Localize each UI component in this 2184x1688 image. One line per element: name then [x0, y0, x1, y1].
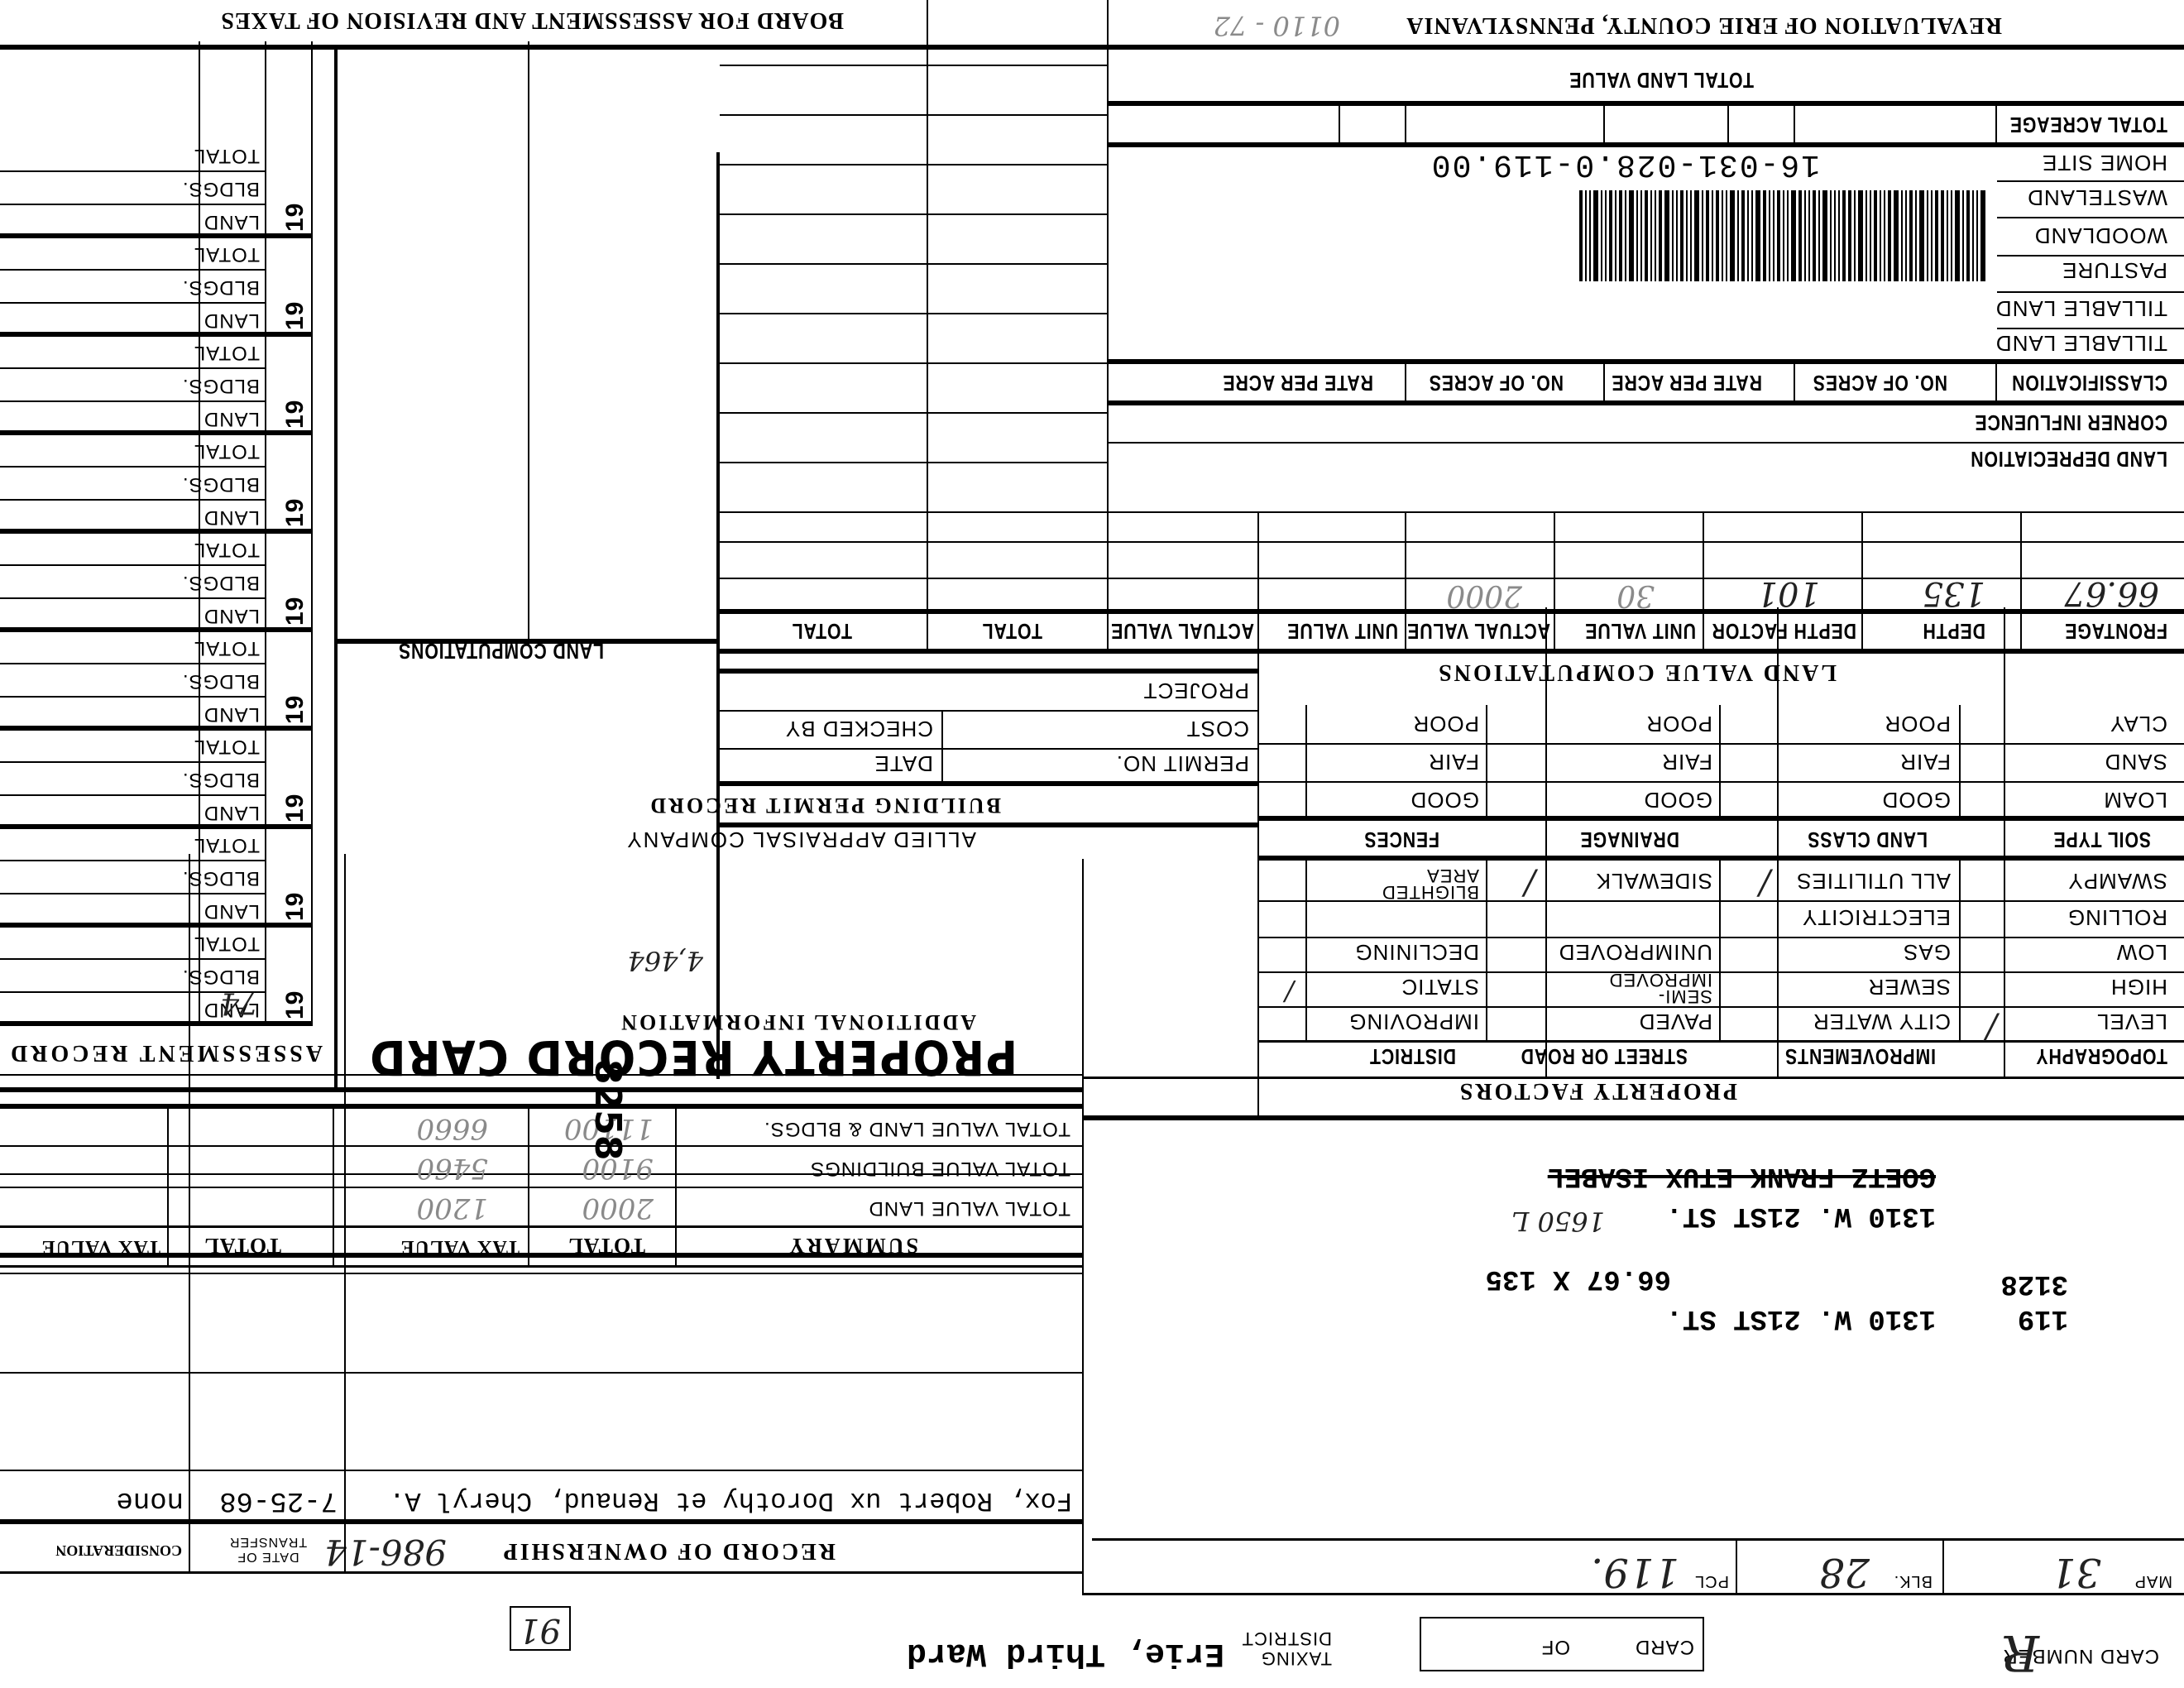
assessment-label-total: TOTAL	[194, 833, 260, 856]
col-total-2: TOTAL	[792, 618, 852, 644]
assessment-label-bldgs: BLDGS.	[182, 472, 260, 496]
blk-label: BLK.	[1894, 1571, 1933, 1590]
assessment-label-total: TOTAL	[194, 538, 260, 561]
map-value: 31	[2051, 1549, 2101, 1595]
ownership-title: RECORD OF OWNERSHIP	[501, 1537, 836, 1564]
barcode-icon	[1456, 190, 1985, 281]
summary-col-tax-value-2: TAX VALUE	[41, 1235, 160, 1258]
year-prefix: 19	[281, 794, 309, 822]
assessment-label-land: LAND	[204, 506, 260, 529]
assessment-label-total: TOTAL	[194, 144, 260, 167]
summary-title: SUMMARY	[787, 1233, 918, 1258]
assessment-record-title: ASSESSMENT RECORD	[7, 1039, 323, 1066]
assessment-label-total: TOTAL	[194, 439, 260, 463]
summary-col-total-2: TOTAL	[204, 1233, 281, 1258]
stamp-number: 8258	[591, 1059, 624, 1101]
assessment-label-land: LAND	[204, 210, 260, 233]
header-soil-type: SOIL TYPE	[2053, 827, 2151, 852]
assessment-label-bldgs: BLDGS.	[182, 571, 260, 594]
address-parcel-number: 119	[2018, 1302, 2068, 1334]
col-depth-factor: DEPTH FACTOR	[1712, 618, 1856, 644]
of-label: OF	[1541, 1635, 1570, 1658]
check-level: /	[1986, 1008, 1997, 1046]
assessment-label-land: LAND	[204, 899, 260, 923]
total-acreage-label: TOTAL ACREAGE	[2009, 112, 2167, 137]
year-prefix: 19	[281, 498, 309, 527]
property-record-card: CARD NUMBER R CARD OF TAXING DISTRICT Er…	[0, 0, 2184, 1688]
taxing-district-value: Erie, Third Ward	[907, 1634, 1224, 1671]
board-title: BOARD FOR ASSESSMENT AND REVISION OF TAX…	[220, 7, 844, 33]
header-district: DISTRICT	[1369, 1043, 1456, 1069]
col-unit-value-2: UNIT VALUE	[1286, 618, 1398, 644]
assessment-label-land: LAND	[204, 801, 260, 824]
check-sidewalk: /	[1525, 864, 1535, 902]
col-unit-value: UNIT VALUE	[1584, 618, 1696, 644]
year-prefix: 19	[281, 597, 309, 626]
permit-no-label: PERMIT NO.	[1116, 750, 1249, 776]
struck-owner-name: GOETZ FRANK ETUX ISABEL	[1548, 1160, 1936, 1192]
assessment-label-bldgs: BLDGS.	[182, 965, 260, 988]
corner-influence-label: CORNER INFLUENCE	[1975, 410, 2167, 435]
assessment-label-total: TOTAL	[194, 242, 260, 266]
assessment-label-land: LAND	[204, 703, 260, 726]
header-drainage: DRAINAGE	[1580, 827, 1679, 852]
card-of-box: CARD OF	[1420, 1617, 1704, 1671]
depth-factor-value: 101	[1757, 574, 1820, 612]
col-actual-value: ACTUAL VALUE	[1406, 618, 1550, 644]
assessment-label-land: LAND	[204, 407, 260, 430]
boxed-number: 91	[510, 1606, 571, 1651]
assessment-label-land: LAND	[204, 309, 260, 332]
summary-col-total: TOTAL	[568, 1233, 645, 1258]
map-label: MAP	[2134, 1571, 2172, 1590]
year-prefix: 19	[281, 695, 309, 724]
depth-value: 135	[1923, 574, 1985, 612]
year-prefix: 19	[281, 400, 309, 429]
permit-date-label: DATE	[874, 750, 933, 776]
year-prefix: 19	[281, 990, 309, 1019]
check-static: /	[1285, 976, 1294, 1008]
total-land-value-label: TOTAL LAND VALUE	[1569, 67, 1754, 93]
address-line: 1310 W. 21ST ST.	[1666, 1302, 1936, 1334]
year-prefix: 19	[281, 892, 309, 921]
consideration-value: none	[116, 1484, 184, 1516]
assessment-label-land: LAND	[204, 604, 260, 627]
col-total: TOTAL	[982, 618, 1042, 644]
land-value-title: LAND VALUE COMPUTATIONS	[1436, 659, 1837, 685]
header-handwritten-note: 0110 - 72	[1214, 10, 1340, 41]
address-ref-number: 3128	[2000, 1268, 2068, 1299]
col-actual-value-2: ACTUAL VALUE	[1110, 618, 1254, 644]
assessment-label-bldgs: BLDGS.	[182, 669, 260, 693]
frontage-value: 66.67	[2064, 574, 2159, 612]
actual-value-value: 2000	[1446, 578, 1522, 612]
summary-col-tax-value: TAX VALUE	[400, 1235, 520, 1258]
unit-value-value: 30	[1616, 578, 1655, 612]
assessment-label-bldgs: BLDGS.	[182, 866, 260, 890]
pcl-value: 119.	[1591, 1549, 1679, 1595]
assessment-label-total: TOTAL	[194, 341, 260, 364]
taxing-district-label: TAXING DISTRICT	[1224, 1628, 1332, 1668]
header-land-class: LAND CLASS	[1807, 827, 1928, 852]
assessment-label-total: TOTAL	[194, 636, 260, 659]
card-label: CARD	[1635, 1635, 1694, 1658]
col-depth: DEPTH	[1923, 618, 1985, 644]
current-address: 1310 W. 21ST ST.	[1666, 1200, 1936, 1231]
project-label: PROJECT	[1143, 678, 1249, 703]
card-number-value: R	[2002, 1623, 2039, 1681]
checked-by-label: CHECKED BY	[785, 716, 933, 741]
blk-value: 28	[1819, 1549, 1870, 1595]
pcl-label: PCL	[1694, 1571, 1729, 1590]
year-prefix: 19	[281, 301, 309, 330]
revaluation-title: REVALUATION OF ERIE COUNTY, PENNSYLVANIA	[1406, 12, 2002, 38]
cost-label: COST	[1186, 716, 1249, 741]
assessment-label-total: TOTAL	[194, 735, 260, 758]
owner-name: Fox, Robert ux Dorothy et Renaud, Cheryl…	[389, 1485, 1072, 1516]
assessment-label-total: TOTAL	[194, 932, 260, 955]
lot-dimensions: 66.67 X 135	[1486, 1263, 1671, 1294]
barcode-text: 16-031-028.0-119.00	[1430, 146, 1820, 182]
allied-appraisal-company: ALLIED APPRAISAL COMPANY	[625, 827, 976, 852]
address-handwritten-note: 1650 L	[1511, 1206, 1605, 1237]
header-fences: FENCES	[1364, 827, 1439, 852]
transfer-date: 7-25-68	[219, 1484, 338, 1516]
col-frontage: FRONTAGE	[2064, 618, 2167, 644]
ownership-ref: 986-14	[324, 1532, 447, 1572]
additional-info-handwritten: 4,464	[627, 945, 703, 976]
building-permit-title: BUILDING PERMIT RECORD	[648, 793, 1001, 818]
header-topography: TOPOGRAPHY	[2036, 1043, 2167, 1069]
property-factors-title: PROPERTY FACTORS	[1458, 1077, 1737, 1104]
classification-label: CLASSIFICATION	[2011, 370, 2167, 396]
consideration-label: CONSIDERATION	[55, 1542, 182, 1559]
land-depreciation-label: LAND DEPRECIATION	[1970, 446, 2167, 472]
date-of-transfer-label: DATE OF TRANSFER	[202, 1534, 334, 1564]
year-prefix: 19	[281, 203, 309, 232]
assessment-label-bldgs: BLDGS.	[182, 177, 260, 200]
check-all-utilities: /	[1760, 864, 1770, 902]
property-record-card-title: PROPERTY RECORD CARD	[368, 1029, 1018, 1086]
additional-info-title: ADDITIONAL INFORMATION	[619, 1009, 976, 1034]
assessment-year-handwritten: 74	[220, 985, 258, 1019]
assessment-label-bldgs: BLDGS.	[182, 374, 260, 397]
assessment-label-bldgs: BLDGS.	[182, 768, 260, 791]
header-improvements: IMPROVEMENTS	[1784, 1043, 1936, 1069]
assessment-label-bldgs: BLDGS.	[182, 276, 260, 299]
